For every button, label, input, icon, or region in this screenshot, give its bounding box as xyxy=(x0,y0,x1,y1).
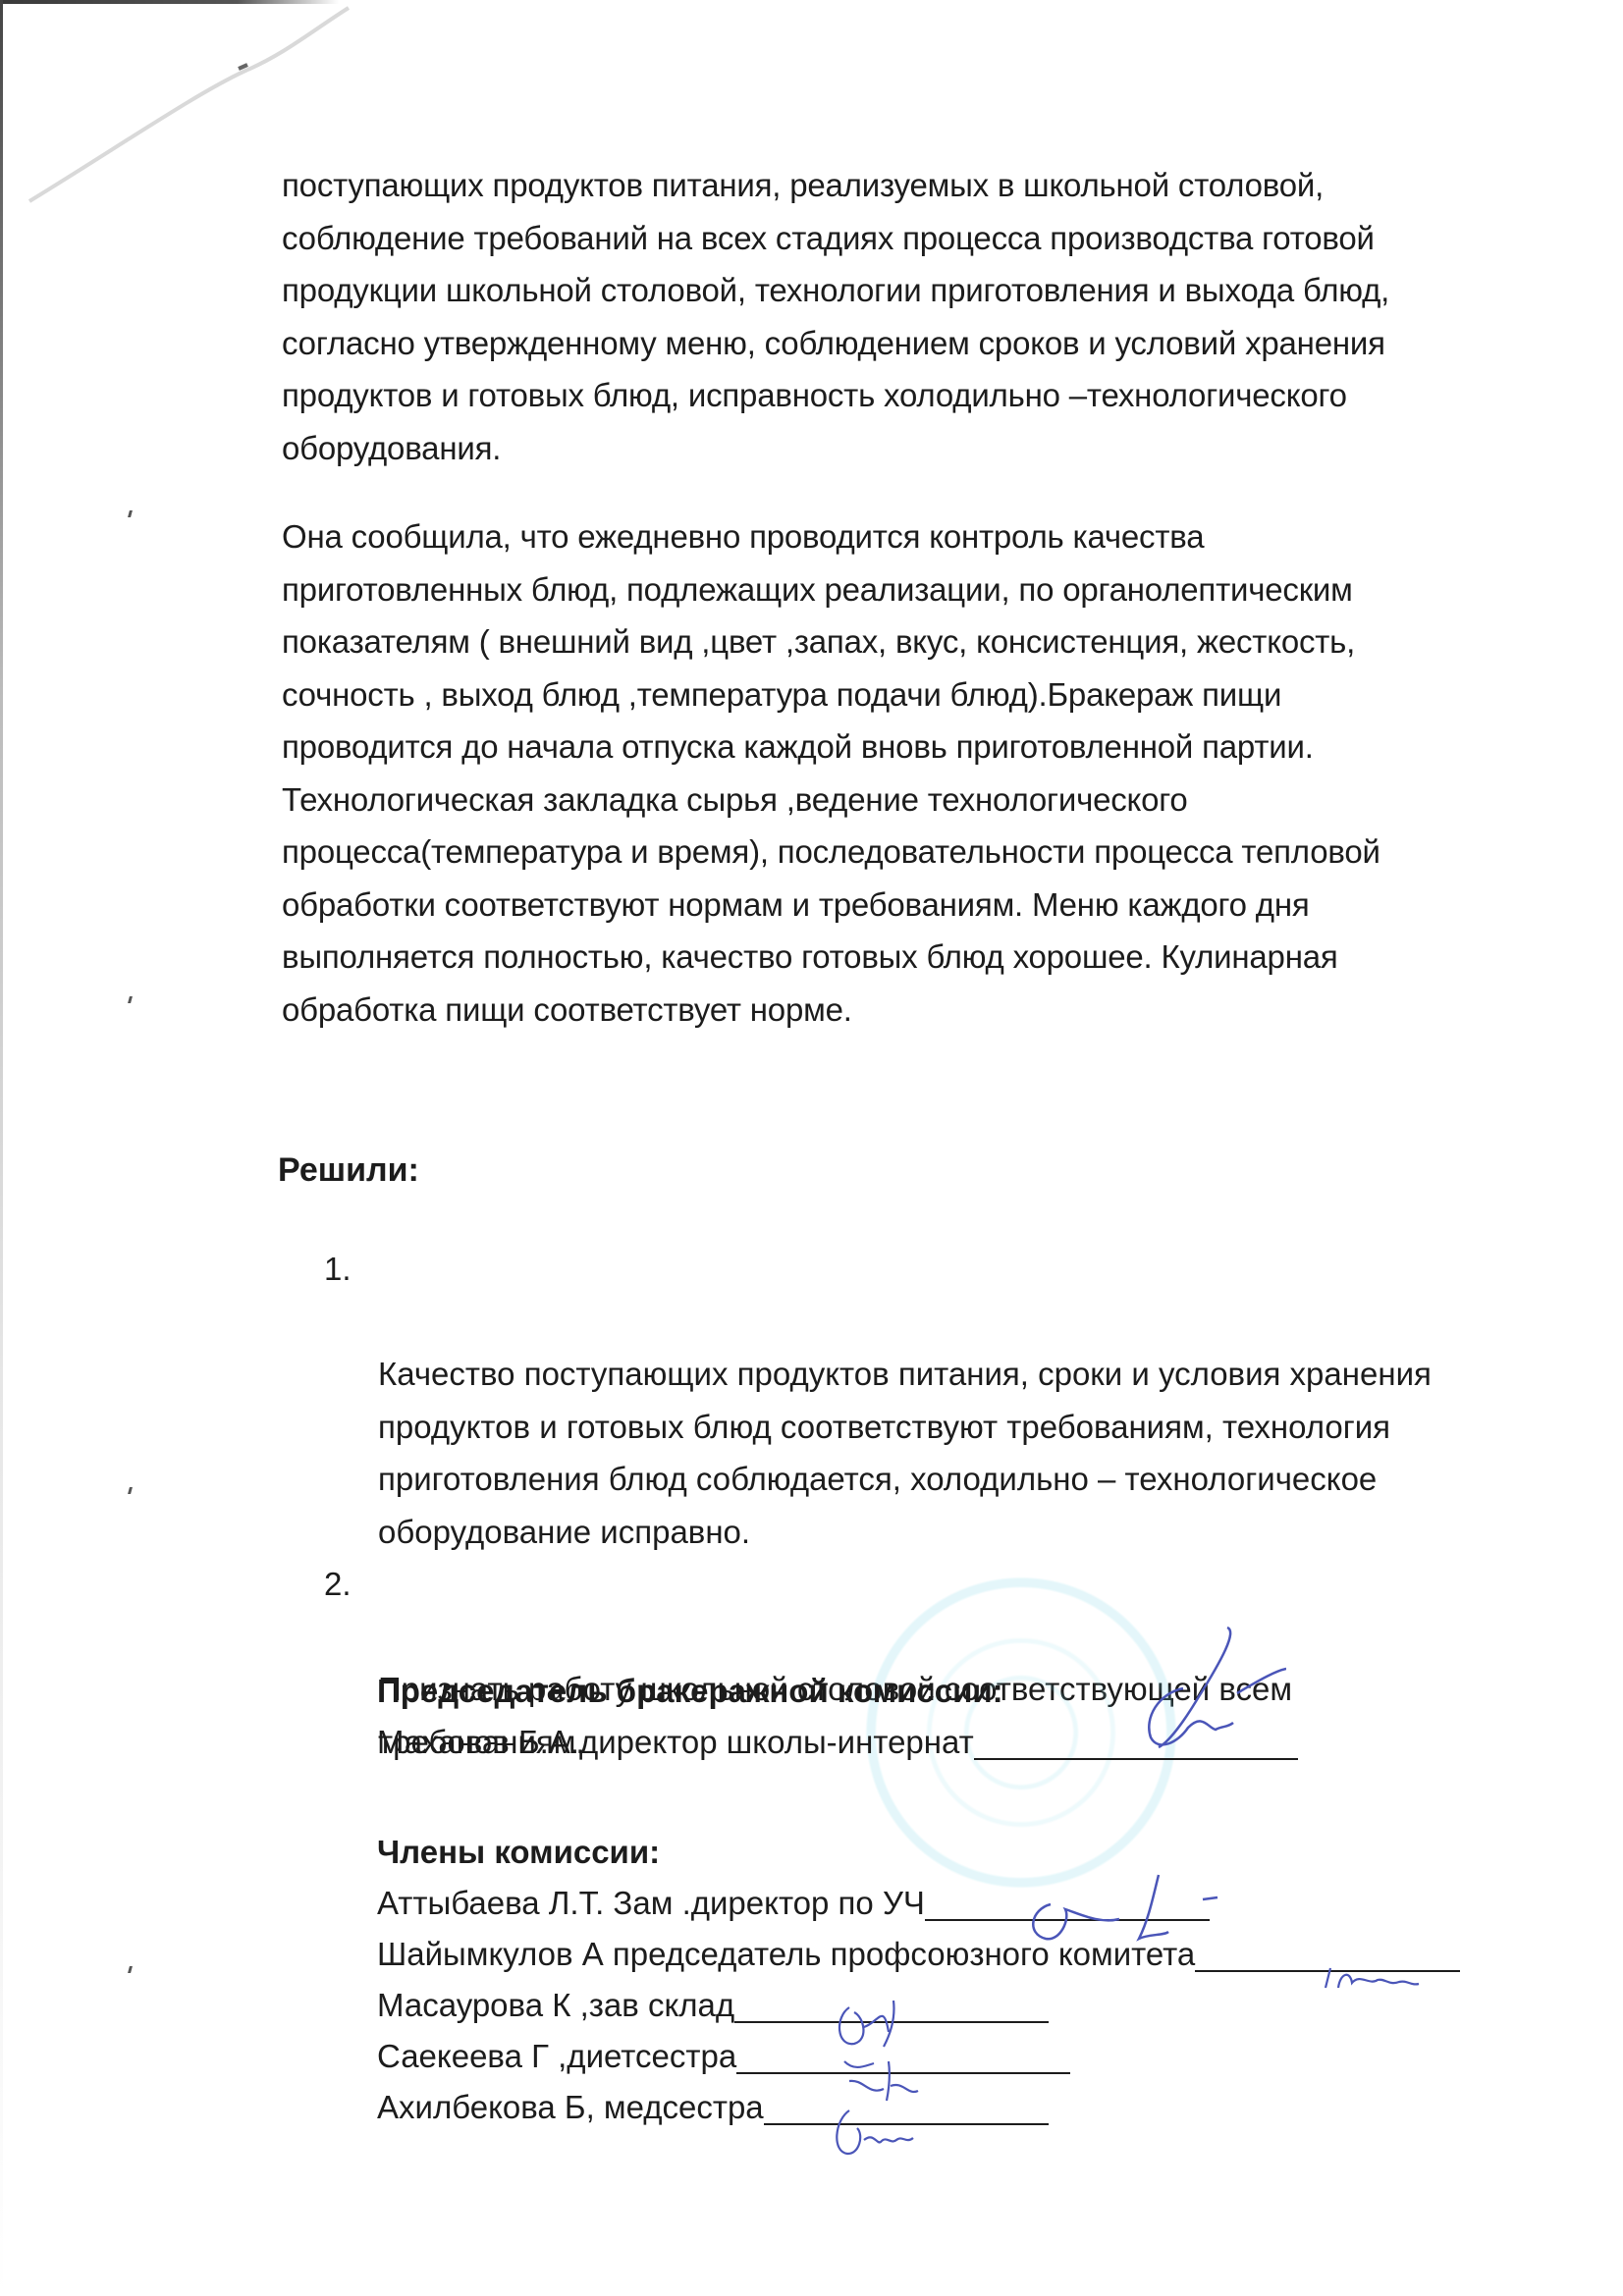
margin-mark xyxy=(128,510,133,517)
member-name: Масаурова К ,зав склад xyxy=(377,1980,734,2031)
signature-line: Шайымкулов А председатель профсоюзного к… xyxy=(377,1929,1460,1980)
chairman-title: Председатель бракеражной комиссии: xyxy=(377,1666,1298,1717)
decision-item: 1. Качество поступающих продуктов питани… xyxy=(324,1243,1561,1558)
member-name: Ахилбекова Б, медсестра xyxy=(377,2082,764,2133)
scan-edge-left xyxy=(0,0,3,2296)
signature-line: Ахилбекова Б, медсестра xyxy=(377,2082,1460,2133)
member-name: Саекеева Г ,диетсестра xyxy=(377,2031,736,2082)
margin-mark xyxy=(128,1487,133,1494)
decision-text: Качество поступающих продуктов питания, … xyxy=(378,1356,1432,1550)
signature-line: Маханов Б.А.директор школы-интернат xyxy=(377,1717,1298,1768)
members-title: Члены комиссии: xyxy=(377,1827,1460,1878)
signature-blank xyxy=(925,1886,1210,1921)
margin-mark xyxy=(128,996,133,1003)
member-name: Шайымкулов А председатель профсоюзного к… xyxy=(377,1929,1195,1980)
decision-number: 1. xyxy=(324,1243,352,1296)
scanned-document-page: поступающих продуктов питания, реализуем… xyxy=(0,0,1623,2296)
signature-blank xyxy=(974,1725,1298,1760)
signature-blank xyxy=(1195,1937,1460,1972)
margin-mark xyxy=(128,1966,133,1973)
signature-blank xyxy=(764,2090,1049,2125)
paragraph-product-control: поступающих продуктов питания, реализуем… xyxy=(282,159,1548,474)
paragraph-text: Она сообщила, что ежедневно проводится к… xyxy=(282,510,1548,1036)
members-signature-block: Члены комиссии: Аттыбаева Л.Т. Зам .дире… xyxy=(377,1827,1460,2133)
signature-blank xyxy=(736,2039,1070,2074)
signature-blank xyxy=(734,1988,1049,2023)
signature-line: Аттыбаева Л.Т. Зам .директор по УЧ xyxy=(377,1878,1460,1929)
decisions-heading: Решили: xyxy=(278,1151,419,1190)
member-name: Аттыбаева Л.Т. Зам .директор по УЧ xyxy=(377,1878,925,1929)
paragraph-quality-report: Она сообщила, что ежедневно проводится к… xyxy=(282,510,1548,1036)
signature-line: Саекеева Г ,диетсестра xyxy=(377,2031,1460,2082)
signature-line: Масаурова К ,зав склад xyxy=(377,1980,1460,2031)
chairman-signature-block: Председатель бракеражной комиссии: Махан… xyxy=(377,1666,1298,1768)
chairman-name: Маханов Б.А.директор школы-интернат xyxy=(377,1717,974,1768)
decision-number: 2. xyxy=(324,1558,352,1611)
paragraph-text: поступающих продуктов питания, реализуем… xyxy=(282,159,1548,474)
